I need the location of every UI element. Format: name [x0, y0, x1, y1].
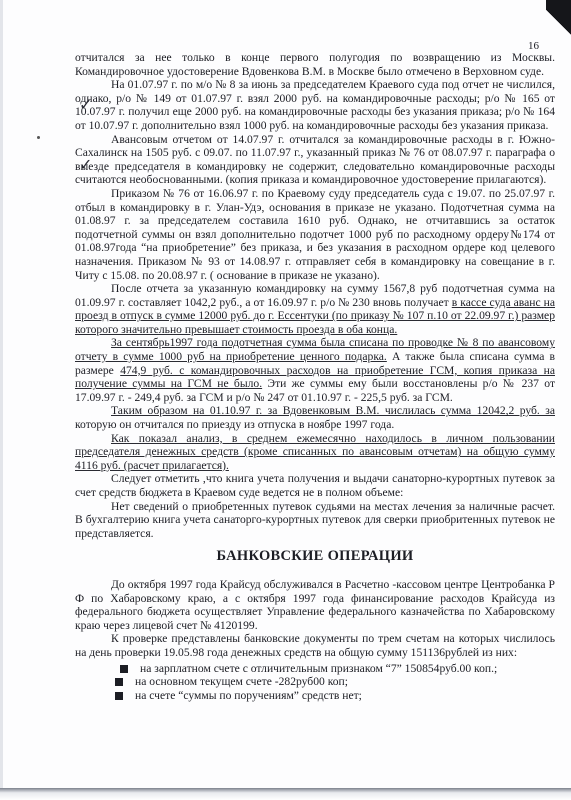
scan-speck — [37, 136, 40, 139]
paragraph: После отчета за указанную командировку н… — [75, 282, 555, 336]
paragraph: Приказом № 76 от 16.06.97 г. по Краевому… — [75, 187, 555, 282]
paragraph: отчитался за нее только в конце первого … — [75, 51, 555, 78]
underlined-text: Таким образом на 01.10.97 г. за Вдовенко… — [111, 404, 555, 417]
paragraph-text: которую он отчитался по приезду из отпус… — [75, 418, 394, 431]
paragraph: За сентябрь1997 года подотчетная сумма б… — [75, 336, 555, 404]
square-bullet-icon — [120, 665, 128, 673]
document-body: отчитался за нее только в конце первого … — [75, 51, 555, 702]
paragraph: Нет сведений о приобретенных путевок суд… — [75, 500, 555, 541]
section-heading: БАНКОВСКИЕ ОПЕРАЦИИ — [75, 550, 555, 564]
paragraph: До октября 1997 года Крайсуд обслуживалс… — [75, 578, 555, 632]
document-page: 16 ✓ ✓ отчитался за нее только в конце п… — [0, 0, 571, 790]
scan-bottom-edge — [0, 788, 571, 800]
paragraph: Как показал анализ, в среднем ежемесячно… — [75, 432, 555, 473]
list-item: на счете “суммы по поручениям” средств н… — [115, 689, 555, 703]
paragraph: Таким образом на 01.10.97 г. за Вдовенко… — [75, 404, 555, 431]
paragraph: На 01.07.97 г. по м/о № 8 за июнь за пре… — [75, 78, 555, 132]
paragraph: К проверке представлены банковские докум… — [75, 632, 555, 659]
square-bullet-icon — [115, 692, 123, 700]
paragraph: Следует отметить ,что книга учета получе… — [75, 472, 555, 499]
square-bullet-icon — [115, 678, 123, 686]
list-item: на зарплатном счете с отличительным приз… — [120, 662, 555, 676]
scan-corner-shadow — [546, 0, 571, 48]
underlined-text: Как показал анализ, в среднем ежемесячно… — [75, 432, 555, 472]
accounts-list: на зарплатном счете с отличительным приз… — [75, 662, 555, 703]
paragraph: Авансовым отчетом от 14.07.97 г. отчитал… — [75, 133, 555, 187]
list-item: на основном текущем счете -282руб00 коп; — [115, 675, 555, 689]
